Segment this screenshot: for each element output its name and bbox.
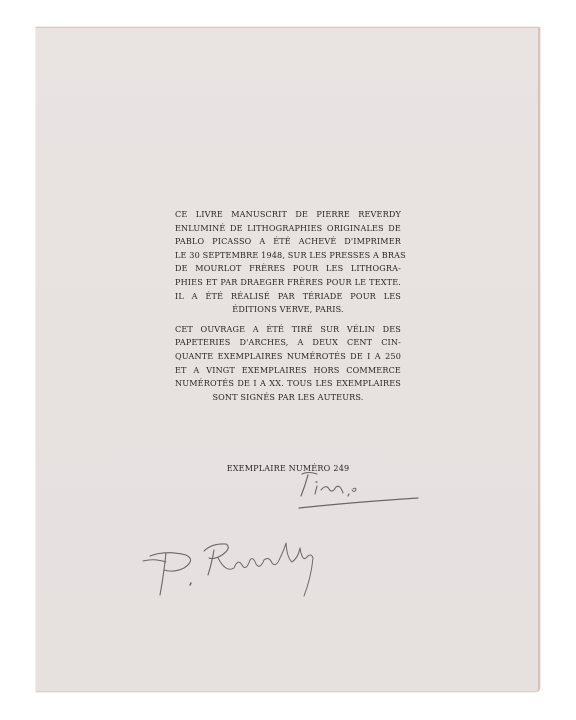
text-line: PABLO PICASSO A ÉTÉ ACHEVÉ D'IMPRIMER	[175, 235, 401, 249]
text-line: CE LIVRE MANUSCRIT DE PIERRE REVERDY	[175, 208, 401, 222]
exemplaire-number: EXEMPLAIRE NUMÉRO249	[175, 463, 401, 473]
text-line: NUMÉROTÉS DE I A XX. TOUS LES EXEMPLAIRE…	[175, 377, 401, 391]
photo-stage: CE LIVRE MANUSCRIT DE PIERRE REVERDY ENL…	[0, 0, 576, 720]
text-line: ENLUMINÉ DE LITHOGRAPHIES ORIGINALES DE	[175, 222, 401, 236]
text-line: CET OUVRAGE A ÉTÉ TIRÉ SUR VÉLIN DES	[175, 323, 401, 337]
text-line: DE MOURLOT FRÈRES POUR LES LITHOGRA-	[175, 262, 401, 276]
exemplaire-label: EXEMPLAIRE NUMÉRO	[227, 463, 331, 473]
text-line: ET A VINGT EXEMPLAIRES HORS COMMERCE	[175, 364, 401, 378]
text-line: IL A ÉTÉ RÉALISÉ PAR TÉRIADE POUR LES	[175, 290, 401, 304]
colophon-text: CE LIVRE MANUSCRIT DE PIERRE REVERDY ENL…	[175, 208, 401, 404]
text-line: SONT SIGNÉS PAR LES AUTEURS.	[175, 391, 401, 405]
signature-picasso	[299, 473, 418, 509]
text-line: ÉDITIONS VERVE, PARIS.	[175, 303, 401, 317]
text-line: PHIES ET PAR DRAEGER FRÈRES POUR LE TEXT…	[175, 276, 401, 290]
text-line: QUANTE EXEMPLAIRES NUMÉROTÉS DE I A 250	[175, 350, 401, 364]
colophon-page: CE LIVRE MANUSCRIT DE PIERRE REVERDY ENL…	[36, 27, 540, 692]
colophon-paragraph-printing: CE LIVRE MANUSCRIT DE PIERRE REVERDY ENL…	[175, 208, 401, 317]
exemplaire-value: 249	[333, 463, 349, 473]
text-line: LE 30 SEPTEMBRE 1948, SUR LES PRESSES A …	[175, 249, 401, 263]
signature-reverdy	[143, 543, 313, 596]
colophon-paragraph-edition: CET OUVRAGE A ÉTÉ TIRÉ SUR VÉLIN DES PAP…	[175, 323, 401, 405]
text-line: PAPETERIES D'ARCHES, A DEUX CENT CIN-	[175, 336, 401, 350]
